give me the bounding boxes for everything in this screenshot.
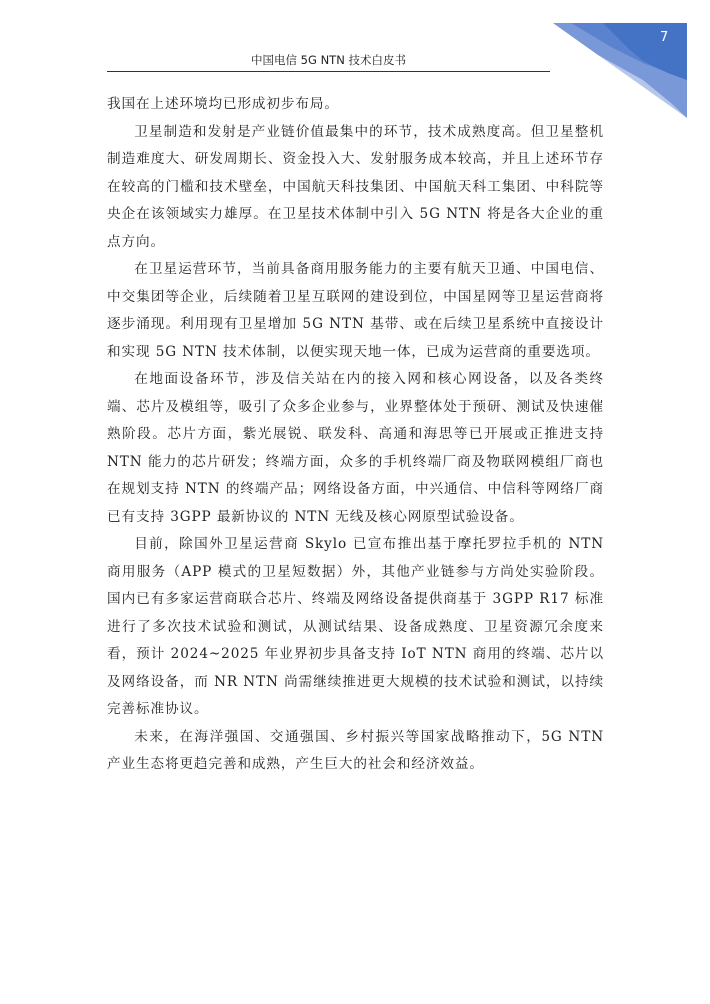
- header-divider: [107, 71, 550, 72]
- document-body: 我国在上述环境均已形成初步布局。 卫星制造和发射是产业链价值最集中的环节，技术成…: [107, 91, 604, 779]
- paragraph: 我国在上述环境均已形成初步布局。: [107, 91, 604, 119]
- paragraph: 在地面设备环节，涉及信关站在内的接入网和核心网设备，以及各类终端、芯片及模组等，…: [107, 366, 604, 531]
- page-number: 7: [660, 30, 668, 45]
- running-header-title: 中国电信 5G NTN 技术白皮书: [107, 52, 550, 68]
- paragraph: 未来，在海洋强国、交通强国、乡村振兴等国家战略推动下，5G NTN 产业生态将更…: [107, 724, 604, 779]
- paragraph: 目前，除国外卫星运营商 Skylo 已宣布推出基于摩托罗拉手机的 NTN 商用服…: [107, 531, 604, 724]
- paragraph: 在卫星运营环节，当前具备商用服务能力的主要有航天卫通、中国电信、中交集团等企业，…: [107, 256, 604, 366]
- paragraph: 卫星制造和发射是产业链价值最集中的环节，技术成熟度高。但卫星整机制造难度大、研发…: [107, 119, 604, 257]
